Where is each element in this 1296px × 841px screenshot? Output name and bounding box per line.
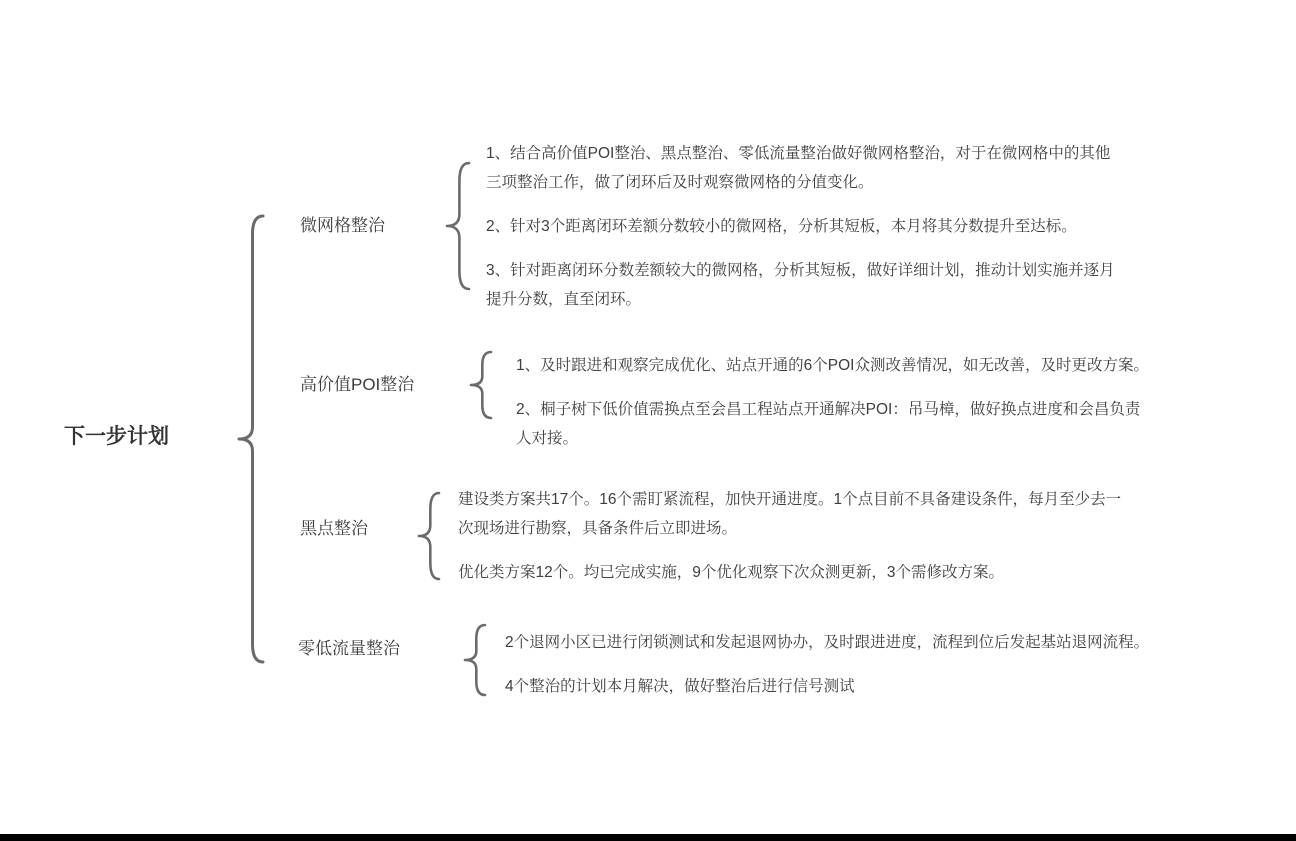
topic-content-item[interactable]: 2、针对3个距离闭环差额分数较小的微网格，分析其短板，本月将其分数提升至达标。: [486, 212, 1210, 241]
topic-content-item[interactable]: 1、结合高价值POI整治、黑点整治、零低流量整治做好微网格整治，对于在微网格中的…: [486, 139, 1210, 197]
topic-micro-grid-remediation[interactable]: 微网格整治: [300, 215, 385, 237]
content-line: 建设类方案共17个。16个需盯紧流程，加快开通进度。1个点目前不具备建设条件，每…: [458, 485, 1198, 514]
black-spot-content: 建设类方案共17个。16个需盯紧流程，加快开通进度。1个点目前不具备建设条件，每…: [458, 485, 1198, 587]
branch-2-curly-brace-connector: [468, 349, 494, 421]
main-curly-brace-connector: [236, 213, 266, 665]
content-line: 三项整治工作，做了闭环后及时观察微网格的分值变化。: [486, 168, 1210, 197]
bottom-edge-bar: [0, 834, 1296, 841]
topic-content-item[interactable]: 优化类方案12个。均已完成实施，9个优化观察下次众测更新，3个需修改方案。: [458, 558, 1198, 587]
topic-content-item[interactable]: 2个退网小区已进行闭锁测试和发起退网协办，及时跟进进度，流程到位后发起基站退网流…: [505, 628, 1255, 657]
content-line: 3、针对距离闭环分数差额较大的微网格，分析其短板，做好详细计划，推动计划实施并逐…: [486, 256, 1210, 285]
content-line: 2、桐子树下低价值需换点至会昌工程站点开通解决POI：吊马樟，做好换点进度和会昌…: [516, 395, 1240, 424]
topic-content-item[interactable]: 建设类方案共17个。16个需盯紧流程，加快开通进度。1个点目前不具备建设条件，每…: [458, 485, 1198, 543]
mindmap-canvas: 下一步计划 微网格整治 1、结合高价值POI整治、黑点整治、零低流量整治做好微网…: [0, 0, 1296, 841]
branch-3-curly-brace-path: [419, 493, 439, 579]
branch-1-curly-brace-connector: [444, 160, 472, 292]
topic-content-item[interactable]: 2、桐子树下低价值需换点至会昌工程站点开通解决POI：吊马樟，做好换点进度和会昌…: [516, 395, 1240, 453]
branch-4-curly-brace-path: [465, 625, 485, 695]
high-value-poi-content: 1、及时跟进和观察完成优化、站点开通的6个POI众测改善情况，如无改善，及时更改…: [516, 351, 1240, 453]
branch-4-curly-brace-connector: [462, 622, 488, 698]
content-line: 优化类方案12个。均已完成实施，9个优化观察下次众测更新，3个需修改方案。: [458, 558, 1198, 587]
topic-content-item[interactable]: 1、及时跟进和观察完成优化、站点开通的6个POI众测改善情况，如无改善，及时更改…: [516, 351, 1240, 380]
topic-black-spot-remediation[interactable]: 黑点整治: [300, 518, 368, 540]
content-line: 1、结合高价值POI整治、黑点整治、零低流量整治做好微网格整治，对于在微网格中的…: [486, 139, 1210, 168]
topic-zero-low-traffic-remediation[interactable]: 零低流量整治: [298, 638, 400, 660]
content-line: 2个退网小区已进行闭锁测试和发起退网协办，及时跟进进度，流程到位后发起基站退网流…: [505, 628, 1255, 657]
root-topic-next-step-plan[interactable]: 下一步计划: [64, 423, 169, 451]
branch-3-curly-brace-connector: [416, 490, 442, 582]
content-line: 人对接。: [516, 424, 1240, 453]
content-line: 1、及时跟进和观察完成优化、站点开通的6个POI众测改善情况，如无改善，及时更改…: [516, 351, 1240, 380]
branch-1-curly-brace-path: [447, 163, 469, 289]
content-line: 次现场进行勘察，具备条件后立即进场。: [458, 514, 1198, 543]
content-line: 4个整治的计划本月解决，做好整治后进行信号测试: [505, 672, 1255, 701]
content-line: 提升分数，直至闭环。: [486, 285, 1210, 314]
topic-high-value-poi-remediation[interactable]: 高价值POI整治: [300, 374, 414, 396]
zero-low-traffic-content: 2个退网小区已进行闭锁测试和发起退网协办，及时跟进进度，流程到位后发起基站退网流…: [505, 628, 1255, 701]
micro-grid-content: 1、结合高价值POI整治、黑点整治、零低流量整治做好微网格整治，对于在微网格中的…: [486, 139, 1210, 314]
content-line: 2、针对3个距离闭环差额分数较小的微网格，分析其短板，本月将其分数提升至达标。: [486, 212, 1210, 241]
topic-content-item[interactable]: 3、针对距离闭环分数差额较大的微网格，分析其短板，做好详细计划，推动计划实施并逐…: [486, 256, 1210, 314]
branch-2-curly-brace-path: [471, 352, 491, 418]
topic-content-item[interactable]: 4个整治的计划本月解决，做好整治后进行信号测试: [505, 672, 1255, 701]
main-curly-brace-path: [239, 216, 263, 662]
